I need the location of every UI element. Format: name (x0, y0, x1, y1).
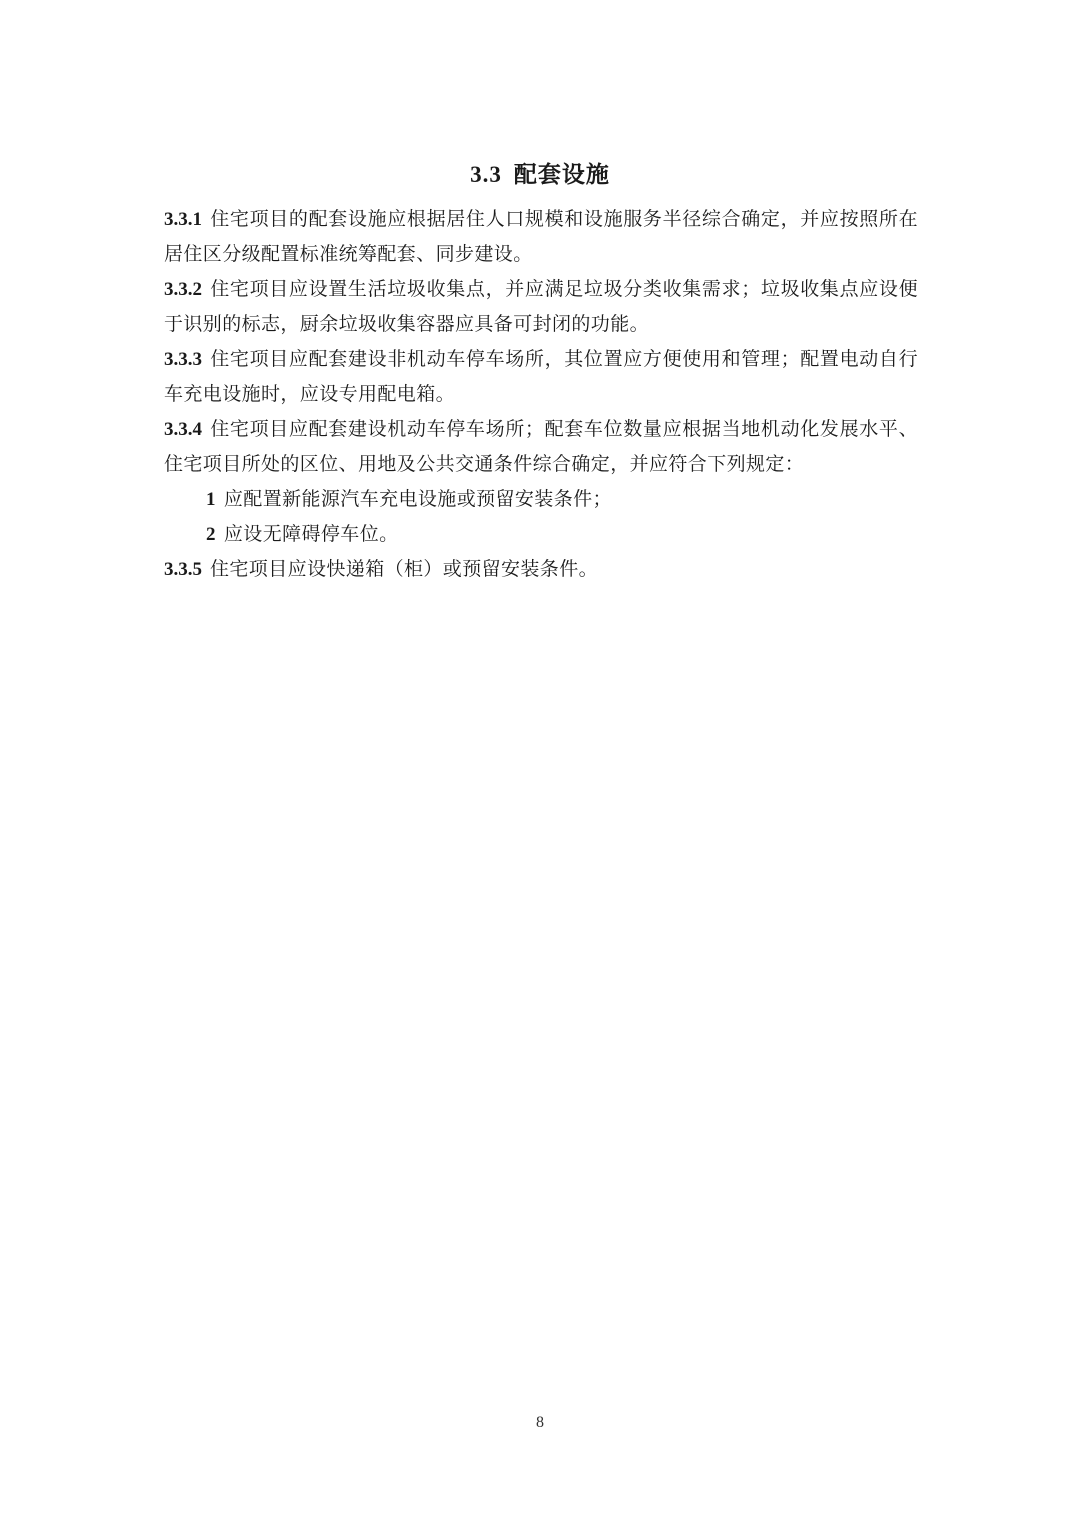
clause-3-3-2: 3.3.2住宅项目应设置生活垃圾收集点，并应满足垃圾分类收集需求；垃圾收集点应设… (164, 272, 918, 342)
section-title-text: 配套设施 (514, 161, 610, 188)
page-number: 8 (0, 1414, 1080, 1432)
clause-3-3-4: 3.3.4住宅项目应配套建设机动车停车场所；配套车位数量应根据当地机动化发展水平… (164, 412, 918, 482)
list-item-1: 1应配置新能源汽车充电设施或预留安装条件； (164, 482, 918, 517)
clause-3-3-3: 3.3.3住宅项目应配套建设非机动车停车场所，其位置应方便使用和管理；配置电动自… (164, 342, 918, 412)
clause-number: 3.3.1 (164, 209, 202, 230)
clause-number: 3.3.5 (164, 559, 202, 580)
clause-3-3-1: 3.3.1住宅项目的配套设施应根据居住人口规模和设施服务半径综合确定，并应按照所… (164, 202, 918, 272)
document-page: 3.3配套设施 3.3.1住宅项目的配套设施应根据居住人口规模和设施服务半径综合… (0, 0, 1080, 1527)
clause-number: 3.3.2 (164, 279, 202, 300)
clause-number: 3.3.3 (164, 349, 202, 370)
clauses-body: 3.3.1住宅项目的配套设施应根据居住人口规模和设施服务半径综合确定，并应按照所… (164, 202, 918, 587)
item-number: 1 (206, 489, 216, 510)
clause-text: 住宅项目应配套建设非机动车停车场所，其位置应方便使用和管理；配置电动自行车充电设… (164, 348, 918, 405)
clause-text: 住宅项目应配套建设机动车停车场所；配套车位数量应根据当地机动化发展水平、住宅项目… (164, 418, 918, 475)
item-text: 应配置新能源汽车充电设施或预留安装条件； (224, 488, 612, 510)
clause-3-3-5: 3.3.5住宅项目应设快递箱（柜）或预留安装条件。 (164, 552, 918, 587)
list-item-2: 2应设无障碍停车位。 (164, 517, 918, 552)
clause-text: 住宅项目的配套设施应根据居住人口规模和设施服务半径综合确定，并应按照所在居住区分… (164, 208, 918, 265)
section-number: 3.3 (470, 162, 502, 187)
section-heading: 3.3配套设施 (0, 155, 1080, 195)
item-text: 应设无障碍停车位。 (224, 523, 399, 545)
clause-text: 住宅项目应设置生活垃圾收集点，并应满足垃圾分类收集需求；垃圾收集点应设便于识别的… (164, 278, 918, 335)
item-number: 2 (206, 524, 216, 545)
clause-text: 住宅项目应设快递箱（柜）或预留安装条件。 (210, 558, 598, 580)
clause-number: 3.3.4 (164, 419, 202, 440)
